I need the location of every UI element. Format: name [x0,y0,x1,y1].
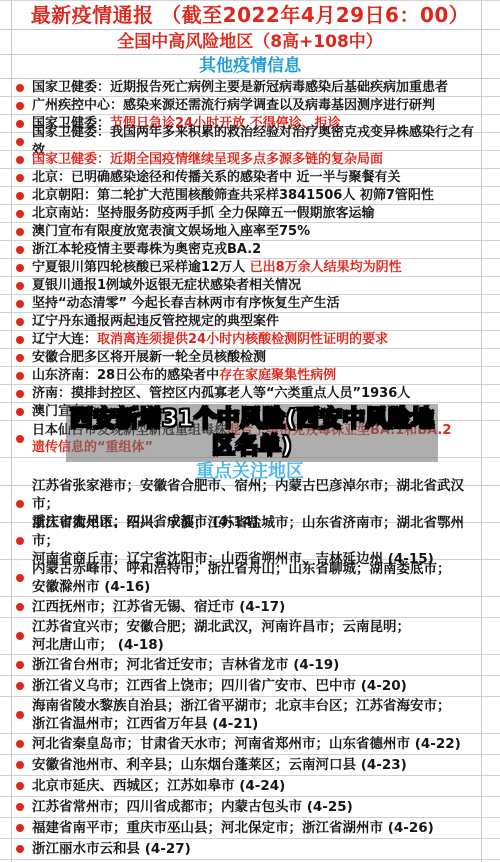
focus-region-list: 江苏省张家港市；安徽省合肥市、宿州；内蒙古巴彦淖尔市；湖北省武汉市； 重庆市大足… [0,486,500,860]
list-item: 浙江省衢州市、绍兴、宁波；江苏省盐城市；山东省济南市；湖北省鄂州市； 河南省商丘… [0,523,500,560]
item-text: 浙江丽水市云和县 (4-27) [32,840,482,858]
item-text: 国家卫健委：近期全国疫情继续呈现多点多源多链的复杂局面 [32,151,482,169]
list-item: 国家卫健委：近期报告死亡病例主要是新冠病毒感染后基础疾病加重患者 [0,79,500,97]
list-item: 广州疾控中心：感染来源还需流行病学调查以及病毒基因测序进行研判 [0,97,500,115]
list-item: 国家卫健委：我国两年多来积累的救治经验对治疗奥密克戎变异株感染行之有效 [0,133,500,151]
watermark-title: 西安新增31个中风险(西安中风险地区名单) [66,406,438,460]
item-text: 浙江省义乌市；江西省上饶市；四川省广安市、巴中市 (4-20) [32,677,482,695]
item-text: 福建省南平市；重庆市巫山县；河北保定市；浙江省湖州市 (4-26) [32,819,482,837]
bullet-icon [16,711,24,719]
item-text: 辽宁丹东通报两起违反管控规定的典型案件 [32,313,482,331]
item-text: 国家卫健委：近期报告死亡病例主要是新冠病毒感染后基础疾病加重患者 [32,79,482,97]
list-item: 浙江省义乌市；江西省上饶市；四川省广安市、巴中市 (4-20) [0,676,500,697]
list-item: 安徽省池州市、利辛县；山东烟台蓬莱区；云南河口县 (4-23) [0,755,500,776]
list-item: 国家卫健委：近期全国疫情继续呈现多点多源多链的复杂局面 [0,151,500,169]
item-text: 浙江省台州市；河北省迁安市；吉林省龙市 (4-19) [32,656,482,674]
item-text: 海南省陵水黎族自治县；浙江省平湖市；北京丰台区；江苏省海安市； 浙江省温州市；江… [32,697,482,733]
bullet-icon [16,174,24,182]
list-item: 辽宁大连：取消离连须提供24小时内核酸检测阴性证明的要求 [0,331,500,349]
item-text: 江苏省常州市；四川省成都市；内蒙古包头市 (4-25) [32,798,482,816]
item-text: 山东济南：28日公布的感染者中存在家庭聚集性病例 [32,367,482,385]
bullet-icon [16,354,24,362]
list-item: 浙江省台州市；河北省迁安市；吉林省龙市 (4-19) [0,655,500,676]
bullet-icon [16,192,24,200]
watermark-overlay: 西安新增31个中风险(西安中风险地区名单) [66,404,438,462]
bullet-icon [16,372,24,380]
list-item: 江苏省常州市；四川省成都市；内蒙古包头市 (4-25) [0,797,500,818]
bullet-icon [16,84,24,92]
bullet-icon [16,390,24,398]
list-item: 福建省南平市；重庆市巫山县；河北保定市；浙江省湖州市 (4-26) [0,818,500,839]
bullet-icon [16,824,24,832]
item-text: 河北省秦皇岛市；甘肃省天水市；河南省郑州市；山东省德州市 (4-22) [32,735,482,753]
list-item: 海南省陵水黎族自治县；浙江省平湖市；北京丰台区；江苏省海安市； 浙江省温州市；江… [0,697,500,734]
item-text: 安徽省池州市、利辛县；山东烟台蓬莱区；云南河口县 (4-23) [32,756,482,774]
item-text: 夏银川通报1例域外返银无症状感染者相关情况 [32,277,482,295]
bullet-icon [16,156,24,164]
bullet-icon [16,138,24,146]
item-text: 济南：摸排封控区、管控区内孤寡老人等“六类重点人员”1936人 [32,385,482,403]
bullet-icon [16,228,24,236]
bullet-icon [16,300,24,308]
epidemic-bulletin: 最新疫情通报 （截至2022年4月29日6：00） 全国中高风险地区（8高+10… [0,0,500,862]
item-text: 北京市延庆、西城区；江苏如皋市 (4-24) [32,777,482,795]
list-item: 坚持“动态清零” 今起长春吉林两市有序恢复生产生活 [0,295,500,313]
bullet-icon [16,632,24,640]
item-text: 广州疾控中心：感染来源还需流行病学调查以及病毒基因测序进行研判 [32,97,482,115]
bullet-icon [16,102,24,110]
bullet-icon [16,120,24,128]
list-item: 浙江本轮疫情主要毒株为奥密克戎BA.2 [0,241,500,259]
bullet-icon [16,435,24,443]
bullet-icon [16,803,24,811]
list-item: 浙江丽水市云和县 (4-27) [0,839,500,860]
list-item: 夏银川通报1例域外返银无症状感染者相关情况 [0,277,500,295]
list-item: 北京：已明确感染途径和传播关系的感染者中 近一半与聚餐有关 [0,169,500,187]
list-item: 宁夏银川第四轮核酸已采样逾12万人 已出8万余人结果均为阴性 [0,259,500,277]
list-item: 澳门宣布有限度放宽表演文娱场地入座率至75% [0,223,500,241]
item-text: 北京朝阳：第二轮扩大范围核酸筛查共采样3841506人 初筛7管阳性 [32,187,482,205]
list-item: 辽宁丹东通报两起违反管控规定的典型案件 [0,313,500,331]
item-text: 江苏省宜兴市；安徽合肥；湖北武汉，河南许昌市；云南昆明； 河北唐山市； (4-1… [32,618,482,654]
bullet-icon [16,537,24,545]
item-text: 内蒙古赤峰市、呼和浩特市；浙江省舟山；山东省聊城；湖南娄底市； 安徽滁州市 (4… [32,560,482,596]
list-item: 安徽合肥多区将开展新一轮全员核酸检测 [0,349,500,367]
list-item: 内蒙古赤峰市、呼和浩特市；浙江省舟山；山东省聊城；湖南娄底市； 安徽滁州市 (4… [0,560,500,597]
other-info-list: 国家卫健委：近期报告死亡病例主要是新冠病毒感染后基础疾病加重患者广州疾控中心：感… [0,79,500,458]
bullet-icon [16,264,24,272]
item-text: 安徽合肥多区将开展新一轮全员核酸检测 [32,349,482,367]
item-text: 江西抚州市；江苏省无锡、宿迁市 (4-17) [32,598,482,616]
item-text: 浙江本轮疫情主要毒株为奥密克戎BA.2 [32,241,482,259]
item-text: 北京：已明确感染途径和传播关系的感染者中 近一半与聚餐有关 [32,169,482,187]
list-item: 北京朝阳：第二轮扩大范围核酸筛查共采样3841506人 初筛7管阳性 [0,187,500,205]
bullet-icon [16,336,24,344]
bullet-icon [16,210,24,218]
bullet-icon [16,574,24,582]
bullet-icon [16,661,24,669]
bullet-icon [16,761,24,769]
item-text: 北京南站：坚持服务防疫两手抓 全力保障五一假期旅客运输 [32,205,482,223]
bullet-icon [16,845,24,853]
section-heading-other-info: 其他疫情信息 [0,55,500,79]
item-text: 坚持“动态清零” 今起长春吉林两市有序恢复生产生活 [32,295,482,313]
list-item: 北京南站：坚持服务防疫两手抓 全力保障五一假期旅客运输 [0,205,500,223]
bullet-icon [16,246,24,254]
bullet-icon [16,282,24,290]
item-text: 宁夏银川第四轮核酸已采样逾12万人 已出8万余人结果均为阴性 [32,259,482,277]
bullet-icon [16,603,24,611]
list-item: 江苏省宜兴市；安徽合肥；湖北武汉，河南许昌市；云南昆明； 河北唐山市； (4-1… [0,618,500,655]
bulletin-title: 最新疫情通报 （截至2022年4月29日6：00） [0,0,500,30]
bullet-icon [16,740,24,748]
bullet-icon [16,408,24,416]
item-text: 辽宁大连：取消离连须提供24小时内核酸检测阴性证明的要求 [32,331,482,349]
list-item: 山东济南：28日公布的感染者中存在家庭聚集性病例 [0,367,500,385]
grid-vline-left [11,0,12,862]
item-text: 澳门宣布有限度放宽表演文娱场地入座率至75% [32,223,482,241]
list-item: 北京市延庆、西城区；江苏如皋市 (4-24) [0,776,500,797]
list-item: 江西抚州市；江苏省无锡、宿迁市 (4-17) [0,597,500,618]
bulletin-subtitle: 全国中高风险地区（8高+108中） [0,30,500,55]
bullet-icon [16,682,24,690]
bullet-icon [16,500,24,508]
bullet-icon [16,318,24,326]
list-item: 河北省秦皇岛市；甘肃省天水市；河南省郑州市；山东省德州市 (4-22) [0,734,500,755]
bullet-icon [16,782,24,790]
list-item: 济南：摸排封控区、管控区内孤寡老人等“六类重点人员”1936人 [0,385,500,403]
grid-vline-right [481,0,482,862]
